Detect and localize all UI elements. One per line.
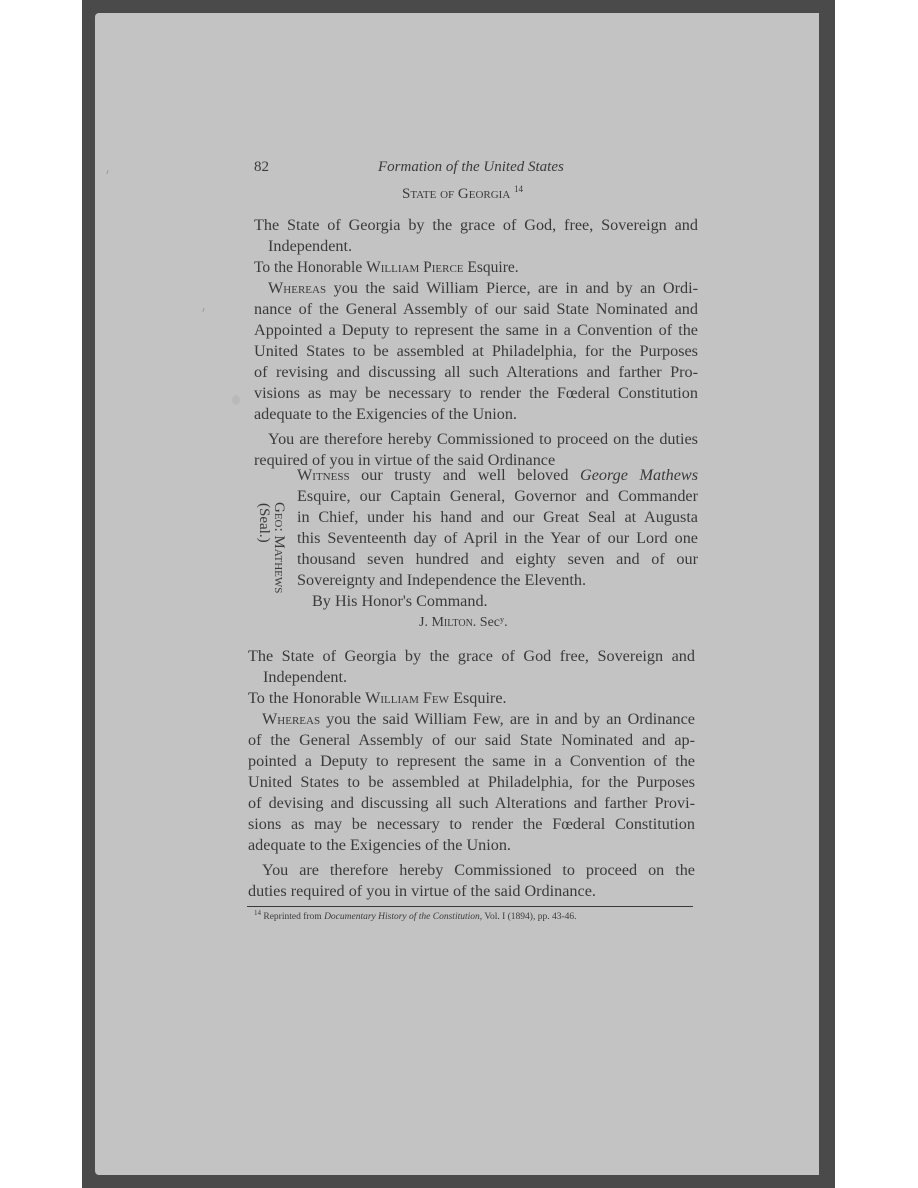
whereas-word: Whereas: [262, 710, 320, 728]
text-line: The State of Georgia by the grace of God…: [248, 646, 695, 667]
text-line: United States to be assembled at Philade…: [254, 341, 698, 362]
text-line: adequate to the Exigencies of the Union.: [254, 404, 698, 425]
section-title: State of Georgia 14: [402, 184, 523, 205]
text-line: You are therefore hereby Commissioned to…: [248, 860, 695, 881]
witness-text: our trusty and well beloved: [350, 466, 580, 484]
seal-label: (Seal.): [256, 503, 272, 543]
addressee-name: William Pierce: [366, 259, 463, 276]
pierce-address: To the Honorable William Pierce Esquire.: [254, 257, 519, 278]
few-whereas: Whereas you the said William Few, are in…: [248, 709, 695, 856]
text-line: You are therefore hereby Commissioned to…: [254, 429, 698, 450]
witness-block: Witness our trusty and well beloved Geor…: [297, 465, 698, 591]
whereas-text: you the said William Few, are in and by …: [320, 710, 695, 728]
text-line: United States to be assembled at Philade…: [248, 772, 695, 793]
footnote-suffix: , Vol. I (1894), pp. 43-46.: [480, 912, 577, 922]
secretary-title: Secʸ.: [480, 615, 508, 630]
text-line: nance of the General Assembly of our sai…: [254, 299, 698, 320]
few-commission: You are therefore hereby Commissioned to…: [248, 860, 695, 902]
whereas-word: Whereas: [268, 279, 326, 297]
governor-name: George Mathews: [580, 466, 698, 484]
text-line: Witness our trusty and well beloved Geor…: [297, 465, 698, 486]
text-line: of devising and discussing all such Alte…: [248, 793, 695, 814]
text-line: Esquire, our Captain General, Governor a…: [297, 486, 698, 507]
address-prefix: To the Honorable: [254, 259, 362, 276]
footnote: 14 Reprinted from Documentary History of…: [254, 912, 577, 922]
by-command: By His Honor's Command.: [312, 591, 488, 612]
text-line: thousand seven hundred and eighty seven …: [297, 549, 698, 570]
footnote-rule: [247, 906, 693, 907]
few-opening-cont: Independent.: [263, 667, 347, 688]
few-address: To the Honorable William Few Esquire.: [248, 688, 507, 709]
text-line: of the General Assembly of our said Stat…: [248, 730, 695, 751]
text-line: Whereas you the said William Pierce, are…: [254, 278, 698, 299]
text-line: this Seventeenth day of April in the Yea…: [297, 528, 698, 549]
pierce-opening: The State of Georgia by the grace of God…: [254, 215, 698, 236]
whereas-text: you the said William Pierce, are in and …: [326, 279, 698, 297]
text-line: Whereas you the said William Few, are in…: [248, 709, 695, 730]
running-title: Formation of the United States: [378, 157, 564, 178]
text-line: of revising and discussing all such Alte…: [254, 362, 698, 383]
text-line: adequate to the Exigencies of the Union.: [248, 835, 695, 856]
footnote-source-title: Documentary History of the Constitution: [324, 912, 480, 922]
address-suffix: Esquire.: [467, 259, 518, 276]
text-line: duties required of you in virtue of the …: [248, 881, 695, 902]
footnote-ref: 14: [514, 184, 523, 194]
address-prefix: To the Honorable: [248, 689, 361, 707]
text-line: visions as may be necessary to render th…: [254, 383, 698, 404]
footnote-prefix: Reprinted from: [263, 912, 324, 922]
text-line: Sovereignty and Independence the Elevent…: [297, 570, 698, 591]
pierce-opening-cont: Independent.: [268, 236, 352, 257]
footnote-number: 14: [254, 909, 261, 917]
addressee-name: William Few: [365, 689, 449, 707]
text-line: The State of Georgia by the grace of God…: [254, 215, 698, 236]
few-opening: The State of Georgia by the grace of God…: [248, 646, 695, 667]
signature-name: Geo: Mathews: [271, 502, 287, 593]
paper-stain: [232, 395, 240, 405]
address-suffix: Esquire.: [453, 689, 507, 707]
secretary-name: J. Milton.: [419, 615, 476, 630]
page-number: 82: [254, 157, 269, 178]
text-line: Appointed a Deputy to represent the same…: [254, 320, 698, 341]
text-line: sions as may be necessary to render the …: [248, 814, 695, 835]
pierce-whereas: Whereas you the said William Pierce, are…: [254, 278, 698, 425]
witness-word: Witness: [297, 466, 350, 484]
section-title-text: State of Georgia: [402, 186, 510, 202]
text-line: pointed a Deputy to represent the same i…: [248, 751, 695, 772]
text-line: in Chief, under his hand and our Great S…: [297, 507, 698, 528]
secretary-signature: J. Milton. Secʸ.: [419, 612, 508, 633]
